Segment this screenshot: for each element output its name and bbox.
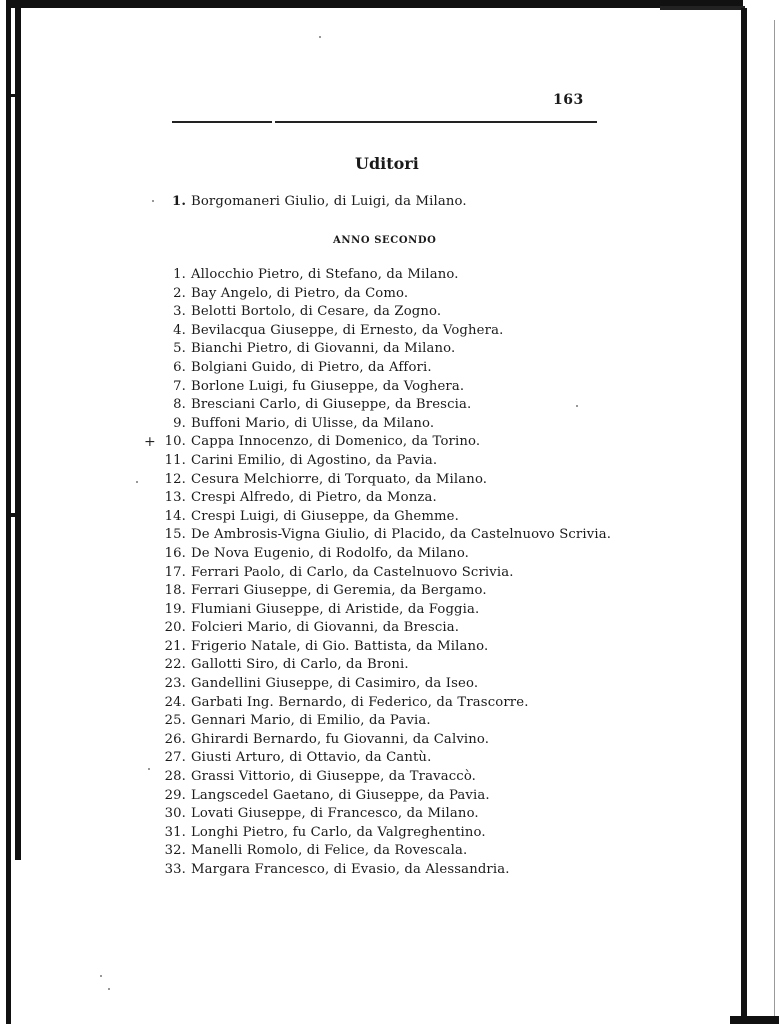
- entry-text: Borgomaneri Giulio, di Luigi, da Milano.: [191, 194, 467, 209]
- entry-text: Belotti Bortolo, di Cesare, da Zogno.: [191, 304, 441, 319]
- entry-number: 15.: [158, 526, 186, 545]
- entry-text: Cappa Innocenzo, di Domenico, da Torino.: [191, 434, 480, 449]
- entry-text: Bevilacqua Giuseppe, di Ernesto, da Vogh…: [191, 323, 503, 338]
- list-item: 23.Gandellini Giuseppe, di Casimiro, da …: [158, 675, 611, 694]
- entry-text: Bay Angelo, di Pietro, da Como.: [191, 286, 408, 301]
- entry-text: Manelli Romolo, di Felice, da Rovescala.: [191, 843, 467, 858]
- scan-speck: [136, 481, 138, 483]
- list-item: 28.Grassi Vittorio, di Giuseppe, da Trav…: [158, 768, 611, 787]
- scan-bottom-corner: [730, 1016, 779, 1024]
- entry-number: 14.: [158, 508, 186, 527]
- scan-speck: [148, 768, 150, 770]
- scan-speck: [319, 36, 321, 38]
- subsection-heading: ANNO SECONDO: [333, 235, 436, 246]
- list-item: 19.Flumiani Giuseppe, di Aristide, da Fo…: [158, 601, 611, 620]
- entry-text: Borlone Luigi, fu Giuseppe, da Voghera.: [191, 379, 464, 394]
- list-item: 20.Folcieri Mario, di Giovanni, da Bresc…: [158, 619, 611, 638]
- entry-number: 9.: [158, 415, 186, 434]
- entry-text: Lovati Giuseppe, di Francesco, da Milano…: [191, 806, 479, 821]
- entry-number: 22.: [158, 656, 186, 675]
- entry-number: 8.: [158, 396, 186, 415]
- entry-text: Gandellini Giuseppe, di Casimiro, da Ise…: [191, 676, 478, 691]
- list-item: 25.Gennari Mario, di Emilio, da Pavia.: [158, 712, 611, 731]
- scan-speck: [152, 200, 154, 202]
- scan-top-border: [8, 0, 743, 8]
- entry-text: Giusti Arturo, di Ottavio, da Cantù.: [191, 750, 431, 765]
- list-item: 27.Giusti Arturo, di Ottavio, da Cantù.: [158, 749, 611, 768]
- entry-number: 6.: [158, 359, 186, 378]
- entry-text: Langscedel Gaetano, di Giuseppe, da Pavi…: [191, 788, 490, 803]
- entry-text: Ferrari Paolo, di Carlo, da Castelnuovo …: [191, 565, 514, 580]
- entry-number: 24.: [158, 694, 186, 713]
- entry-number: 27.: [158, 749, 186, 768]
- entry-text: Buffoni Mario, di Ulisse, da Milano.: [191, 416, 434, 431]
- list-item: 21.Frigerio Natale, di Gio. Battista, da…: [158, 638, 611, 657]
- list-item: 7.Borlone Luigi, fu Giuseppe, da Voghera…: [158, 378, 611, 397]
- entry-text: Ferrari Giuseppe, di Geremia, da Bergamo…: [191, 583, 487, 598]
- entry-text: Grassi Vittorio, di Giuseppe, da Travacc…: [191, 769, 476, 784]
- list-item: 10.Cappa Innocenzo, di Domenico, da Tori…: [158, 433, 611, 452]
- entry-number: 31.: [158, 824, 186, 843]
- list-item: 30.Lovati Giuseppe, di Francesco, da Mil…: [158, 805, 611, 824]
- list-item: 16.De Nova Eugenio, di Rodolfo, da Milan…: [158, 545, 611, 564]
- list-item: 15.De Ambrosis-Vigna Giulio, di Placido,…: [158, 526, 611, 545]
- entry-number: 7.: [158, 378, 186, 397]
- header-rule-short: [172, 121, 272, 123]
- entry-number: 20.: [158, 619, 186, 638]
- list-item: 3.Belotti Bortolo, di Cesare, da Zogno.: [158, 303, 611, 322]
- entry-number: 1.: [172, 194, 186, 209]
- list-item: 1.Allocchio Pietro, di Stefano, da Milan…: [158, 266, 611, 285]
- entry-text: Frigerio Natale, di Gio. Battista, da Mi…: [191, 639, 488, 654]
- entry-text: Garbati Ing. Bernardo, di Federico, da T…: [191, 695, 529, 710]
- binding-edge-inner: [15, 0, 21, 860]
- entry-number: 17.: [158, 564, 186, 583]
- entry-number: 28.: [158, 768, 186, 787]
- entry-text: Longhi Pietro, fu Carlo, da Valgreghenti…: [191, 825, 486, 840]
- entry-number: 16.: [158, 545, 186, 564]
- list-item: 22.Gallotti Siro, di Carlo, da Broni.: [158, 656, 611, 675]
- page-edge: [774, 20, 775, 1020]
- entry-number: 4.: [158, 322, 186, 341]
- list-item: 31.Longhi Pietro, fu Carlo, da Valgreghe…: [158, 824, 611, 843]
- entry-number: 33.: [158, 861, 186, 880]
- scan-top-border-right: [660, 6, 745, 10]
- entry-number: 5.: [158, 340, 186, 359]
- entry-text: Cesura Melchiorre, di Torquato, da Milan…: [191, 472, 487, 487]
- list-item: 33.Margara Francesco, di Evasio, da Ales…: [158, 861, 611, 880]
- entry-number: 30.: [158, 805, 186, 824]
- list-item: 29.Langscedel Gaetano, di Giuseppe, da P…: [158, 787, 611, 806]
- entry-text: Bianchi Pietro, di Giovanni, da Milano.: [191, 341, 455, 356]
- entry-text: Bresciani Carlo, di Giuseppe, da Brescia…: [191, 397, 471, 412]
- entry-text: Crespi Luigi, di Giuseppe, da Ghemme.: [191, 509, 459, 524]
- list-item: 11.Carini Emilio, di Agostino, da Pavia.: [158, 452, 611, 471]
- list-item: 8.Bresciani Carlo, di Giuseppe, da Bresc…: [158, 396, 611, 415]
- entry-text: De Ambrosis-Vigna Giulio, di Placido, da…: [191, 527, 611, 542]
- entry-number: 29.: [158, 787, 186, 806]
- list-item: 17.Ferrari Paolo, di Carlo, da Castelnuo…: [158, 564, 611, 583]
- header-rule-long: [275, 121, 597, 123]
- entry-number: 23.: [158, 675, 186, 694]
- entry-text: Margara Francesco, di Evasio, da Alessan…: [191, 862, 510, 877]
- entry-number: 32.: [158, 842, 186, 861]
- entry-number: 12.: [158, 471, 186, 490]
- scan-speck: [108, 988, 110, 990]
- entry-text: Gallotti Siro, di Carlo, da Broni.: [191, 657, 409, 672]
- entry-number: 21.: [158, 638, 186, 657]
- entry-text: De Nova Eugenio, di Rodolfo, da Milano.: [191, 546, 469, 561]
- section-heading: Uditori: [355, 154, 419, 173]
- list-item: 12.Cesura Melchiorre, di Torquato, da Mi…: [158, 471, 611, 490]
- list-item: 14.Crespi Luigi, di Giuseppe, da Ghemme.: [158, 508, 611, 527]
- entry-text: Flumiani Giuseppe, di Aristide, da Foggi…: [191, 602, 479, 617]
- entry-number: 11.: [158, 452, 186, 471]
- binding-edge-outer: [6, 0, 11, 1024]
- entry-number: 19.: [158, 601, 186, 620]
- entry-number: 10.: [158, 433, 186, 452]
- list-item: 18.Ferrari Giuseppe, di Geremia, da Berg…: [158, 582, 611, 601]
- scan-speck: [100, 975, 102, 977]
- list-item: 5.Bianchi Pietro, di Giovanni, da Milano…: [158, 340, 611, 359]
- student-list: 1.Allocchio Pietro, di Stefano, da Milan…: [158, 266, 611, 880]
- list-item: 1.Borgomaneri Giulio, di Luigi, da Milan…: [172, 194, 467, 209]
- entry-number: 25.: [158, 712, 186, 731]
- entry-number: 2.: [158, 285, 186, 304]
- list-item: 24.Garbati Ing. Bernardo, di Federico, d…: [158, 694, 611, 713]
- scan-right-border: [741, 8, 747, 1020]
- list-item: 9.Buffoni Mario, di Ulisse, da Milano.: [158, 415, 611, 434]
- binding-notch: [8, 94, 18, 97]
- handwritten-margin-mark: +: [144, 434, 156, 450]
- entry-number: 3.: [158, 303, 186, 322]
- scanned-page: 163 Uditori 1.Borgomaneri Giulio, di Lui…: [0, 0, 779, 1024]
- entry-number: 13.: [158, 489, 186, 508]
- list-item: 2.Bay Angelo, di Pietro, da Como.: [158, 285, 611, 304]
- list-item: 13.Crespi Alfredo, di Pietro, da Monza.: [158, 489, 611, 508]
- entry-text: Folcieri Mario, di Giovanni, da Brescia.: [191, 620, 459, 635]
- list-item: 4.Bevilacqua Giuseppe, di Ernesto, da Vo…: [158, 322, 611, 341]
- entry-text: Ghirardi Bernardo, fu Giovanni, da Calvi…: [191, 732, 489, 747]
- list-item: 26.Ghirardi Bernardo, fu Giovanni, da Ca…: [158, 731, 611, 750]
- entry-text: Carini Emilio, di Agostino, da Pavia.: [191, 453, 437, 468]
- page-number: 163: [553, 92, 584, 108]
- entry-number: 26.: [158, 731, 186, 750]
- scan-speck: [576, 405, 578, 407]
- entry-number: 1.: [158, 266, 186, 285]
- entry-text: Gennari Mario, di Emilio, da Pavia.: [191, 713, 431, 728]
- entry-text: Crespi Alfredo, di Pietro, da Monza.: [191, 490, 437, 505]
- binding-notch: [8, 513, 20, 517]
- entry-text: Allocchio Pietro, di Stefano, da Milano.: [191, 267, 459, 282]
- entry-number: 18.: [158, 582, 186, 601]
- entry-text: Bolgiani Guido, di Pietro, da Affori.: [191, 360, 432, 375]
- list-item: 6.Bolgiani Guido, di Pietro, da Affori.: [158, 359, 611, 378]
- list-item: 32.Manelli Romolo, di Felice, da Rovesca…: [158, 842, 611, 861]
